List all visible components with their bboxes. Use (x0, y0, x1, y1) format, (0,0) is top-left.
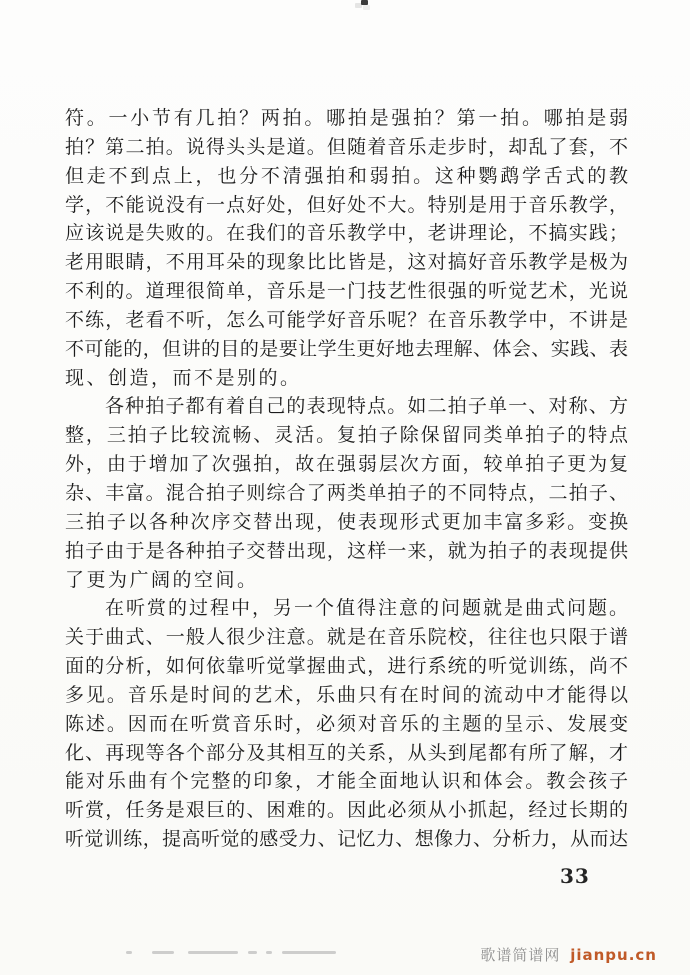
scan-artifact-bottom (126, 948, 336, 958)
text-line: 关于曲式、一般人很少注意。就是在音乐院校，往往也只限于谱 (65, 623, 628, 652)
text-line: 老用眼睛，不用耳朵的现象比比皆是，这对搞好音乐教学是极为 (65, 248, 628, 277)
smudge-mark (152, 951, 174, 954)
text-line: 化、再现等各个部分及其相互的关系，从头到尾都有所了解，才 (65, 739, 628, 768)
smudge-mark (126, 951, 132, 954)
text-line: 整，三拍子比较流畅、灵活。复拍子除保留同类单拍子的特点 (65, 421, 628, 450)
text-line: 听觉训练，提高听觉的感受力、记忆力、想像力、分析力，从而达 (65, 825, 628, 854)
book-page: 符。一小节有几拍？两拍。哪拍是强拍？第一拍。哪拍是弱 拍？第二拍。说得头头是道。… (0, 0, 690, 975)
text-line: 在听赏的过程中，另一个值得注意的问题就是曲式问题。 (65, 594, 628, 623)
smudge-mark (282, 951, 336, 954)
text-line: 杂、丰富。混合拍子则综合了两类单拍子的不同特点，二拍子、 (65, 479, 628, 508)
text-line: 拍子由于是各种拍子交替出现，这样一来，就为拍子的表现提供 (65, 537, 628, 566)
text-line: 听赏，任务是艰巨的、困难的。因此必须从小抓起，经过长期的 (65, 796, 628, 825)
text-line: 了更为广阔的空间。 (65, 566, 628, 595)
text-line: 不利的。道理很简单，音乐是一门技艺性很强的听觉艺术，光说 (65, 277, 628, 306)
smudge-mark (248, 951, 257, 954)
text-line: 各种拍子都有着自己的表现特点。如二拍子单一、对称、方 (65, 392, 628, 421)
text-line: 多见。音乐是时间的艺术，乐曲只有在时间的流动中才能得以 (65, 681, 628, 710)
page-number: 33 (560, 864, 590, 888)
body-text: 符。一小节有几拍？两拍。哪拍是强拍？第一拍。哪拍是弱 拍？第二拍。说得头头是道。… (65, 104, 628, 854)
text-line: 符。一小节有几拍？两拍。哪拍是强拍？第一拍。哪拍是弱 (65, 104, 628, 133)
text-line: 三拍子以各种次序交替出现，使表现形式更加丰富多彩。变换 (65, 508, 628, 537)
scan-artifact-top (361, 0, 368, 5)
smudge-mark (266, 951, 272, 954)
text-line: 应该说是失败的。在我们的音乐教学中，老讲理论，不搞实践； (65, 219, 628, 248)
text-line: 面的分析，如何依靠听觉掌握曲式，进行系统的听觉训练，尚不 (65, 652, 628, 681)
text-line: 学，不能说没有一点好处，但好处不大。特别是用于音乐教学， (65, 191, 628, 220)
text-line: 能对乐曲有个完整的印象，才能全面地认识和体会。教会孩子 (65, 767, 628, 796)
watermark: 歌谱简谱网 jianpu.cn (480, 944, 657, 965)
text-line: 现、创造，而不是别的。 (65, 364, 628, 393)
watermark-site-name: 歌谱简谱网 (480, 946, 560, 964)
text-line: 不可能的，但讲的目的是要让学生更好地去理解、体会、实践、表 (65, 335, 628, 364)
text-line: 不练，老看不听，怎么可能学好音乐呢？在音乐教学中，不讲是 (65, 306, 628, 335)
watermark-site-url: jianpu.cn (570, 946, 657, 964)
text-line: 拍？第二拍。说得头头是道。但随着音乐走步时，却乱了套，不 (65, 133, 628, 162)
text-line: 陈述。因而在听赏音乐时，必须对音乐的主题的呈示、发展变 (65, 710, 628, 739)
smudge-mark (188, 951, 238, 954)
text-line: 但走不到点上，也分不清强拍和弱拍。这种鹦鹉学舌式的教 (65, 162, 628, 191)
text-line: 外，由于增加了次强拍，故在强弱层次方面，较单拍子更为复 (65, 450, 628, 479)
